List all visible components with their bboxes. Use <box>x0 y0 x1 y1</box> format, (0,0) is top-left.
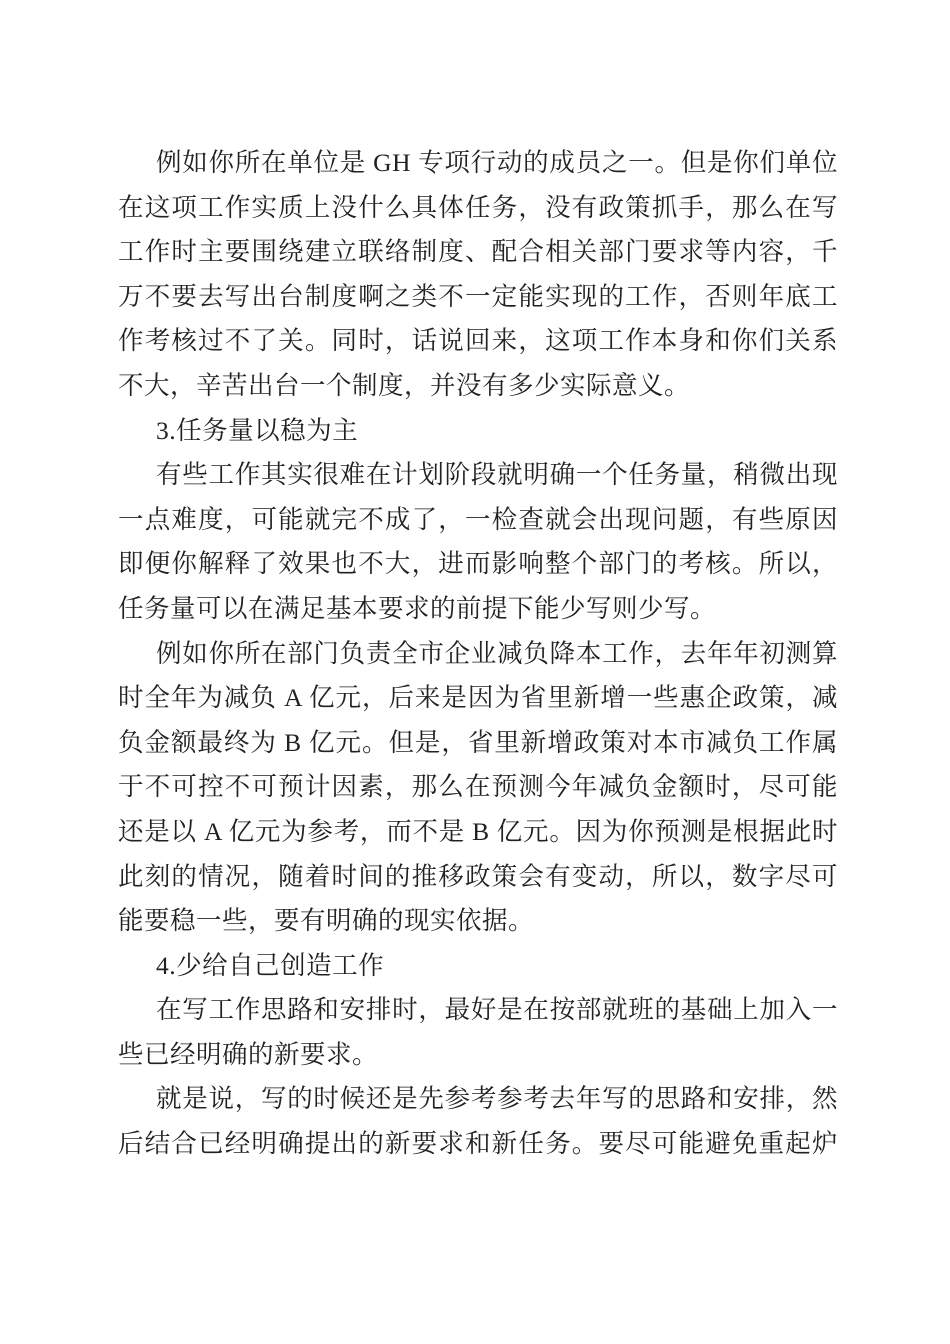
text-line: 就是说，写的时候还是先参考参考去年写的思路和安排，然 <box>118 1077 838 1122</box>
text-line: 不大，辛苦出台一个制度，并没有多少实际意义。 <box>118 364 838 409</box>
text-line: 些已经明确的新要求。 <box>118 1033 838 1078</box>
text-line: 在这项工作实质上没什么具体任务，没有政策抓手，那么在写 <box>118 186 838 231</box>
paragraph-work-plan: 在写工作思路和安排时，最好是在按部就班的基础上加入一些已经明确的新要求。 <box>118 988 838 1077</box>
heading-item-4: 4.少给自己创造工作 <box>118 944 838 989</box>
paragraph-example-reduction: 例如你所在部门负责全市企业减负降本工作，去年年初测算时全年为减负 A 亿元，后来… <box>118 632 838 944</box>
text-line: 例如你所在部门负责全市企业减负降本工作，去年年初测算 <box>118 632 838 677</box>
text-line: 能要稳一些，要有明确的现实依据。 <box>118 899 838 944</box>
heading-line: 4.少给自己创造工作 <box>118 944 838 989</box>
document-body: 例如你所在单位是 GH 专项行动的成员之一。但是你们单位在这项工作实质上没什么具… <box>118 141 838 1167</box>
text-line: 负金额最终为 B 亿元。但是，省里新增政策对本市减负工作属 <box>118 721 838 766</box>
text-line: 一点难度，可能就完不成了，一检查就会出现问题，有些原因 <box>118 498 838 543</box>
paragraph-reference-last-year: 就是说，写的时候还是先参考参考去年写的思路和安排，然后结合已经明确提出的新要求和… <box>118 1077 838 1166</box>
heading-line: 3.任务量以稳为主 <box>118 409 838 454</box>
text-line: 万不要去写出台制度啊之类不一定能实现的工作，否则年底工 <box>118 275 838 320</box>
paragraph-task-volume: 有些工作其实很难在计划阶段就明确一个任务量，稍微出现一点难度，可能就完不成了，一… <box>118 453 838 631</box>
text-line: 在写工作思路和安排时，最好是在按部就班的基础上加入一 <box>118 988 838 1033</box>
heading-item-3: 3.任务量以稳为主 <box>118 409 838 454</box>
text-line: 作考核过不了关。同时，话说回来，这项工作本身和你们关系 <box>118 319 838 364</box>
text-line: 此刻的情况，随着时间的推移政策会有变动，所以，数字尽可 <box>118 855 838 900</box>
text-line: 任务量可以在满足基本要求的前提下能少写则少写。 <box>118 587 838 632</box>
text-line: 还是以 A 亿元为参考，而不是 B 亿元。因为你预测是根据此时 <box>118 810 838 855</box>
text-line: 有些工作其实很难在计划阶段就明确一个任务量，稍微出现 <box>118 453 838 498</box>
text-line: 时全年为减负 A 亿元，后来是因为省里新增一些惠企政策，减 <box>118 676 838 721</box>
text-line: 工作时主要围绕建立联络制度、配合相关部门要求等内容，千 <box>118 230 838 275</box>
paragraph-example-gh-action: 例如你所在单位是 GH 专项行动的成员之一。但是你们单位在这项工作实质上没什么具… <box>118 141 838 409</box>
document-page: 例如你所在单位是 GH 专项行动的成员之一。但是你们单位在这项工作实质上没什么具… <box>0 0 950 1344</box>
text-line: 后结合已经明确提出的新要求和新任务。要尽可能避免重起炉 <box>118 1122 838 1167</box>
text-line: 即便你解释了效果也不大，进而影响整个部门的考核。所以， <box>118 542 838 587</box>
text-line: 例如你所在单位是 GH 专项行动的成员之一。但是你们单位 <box>118 141 838 186</box>
text-line: 于不可控不可预计因素，那么在预测今年减负金额时，尽可能 <box>118 765 838 810</box>
